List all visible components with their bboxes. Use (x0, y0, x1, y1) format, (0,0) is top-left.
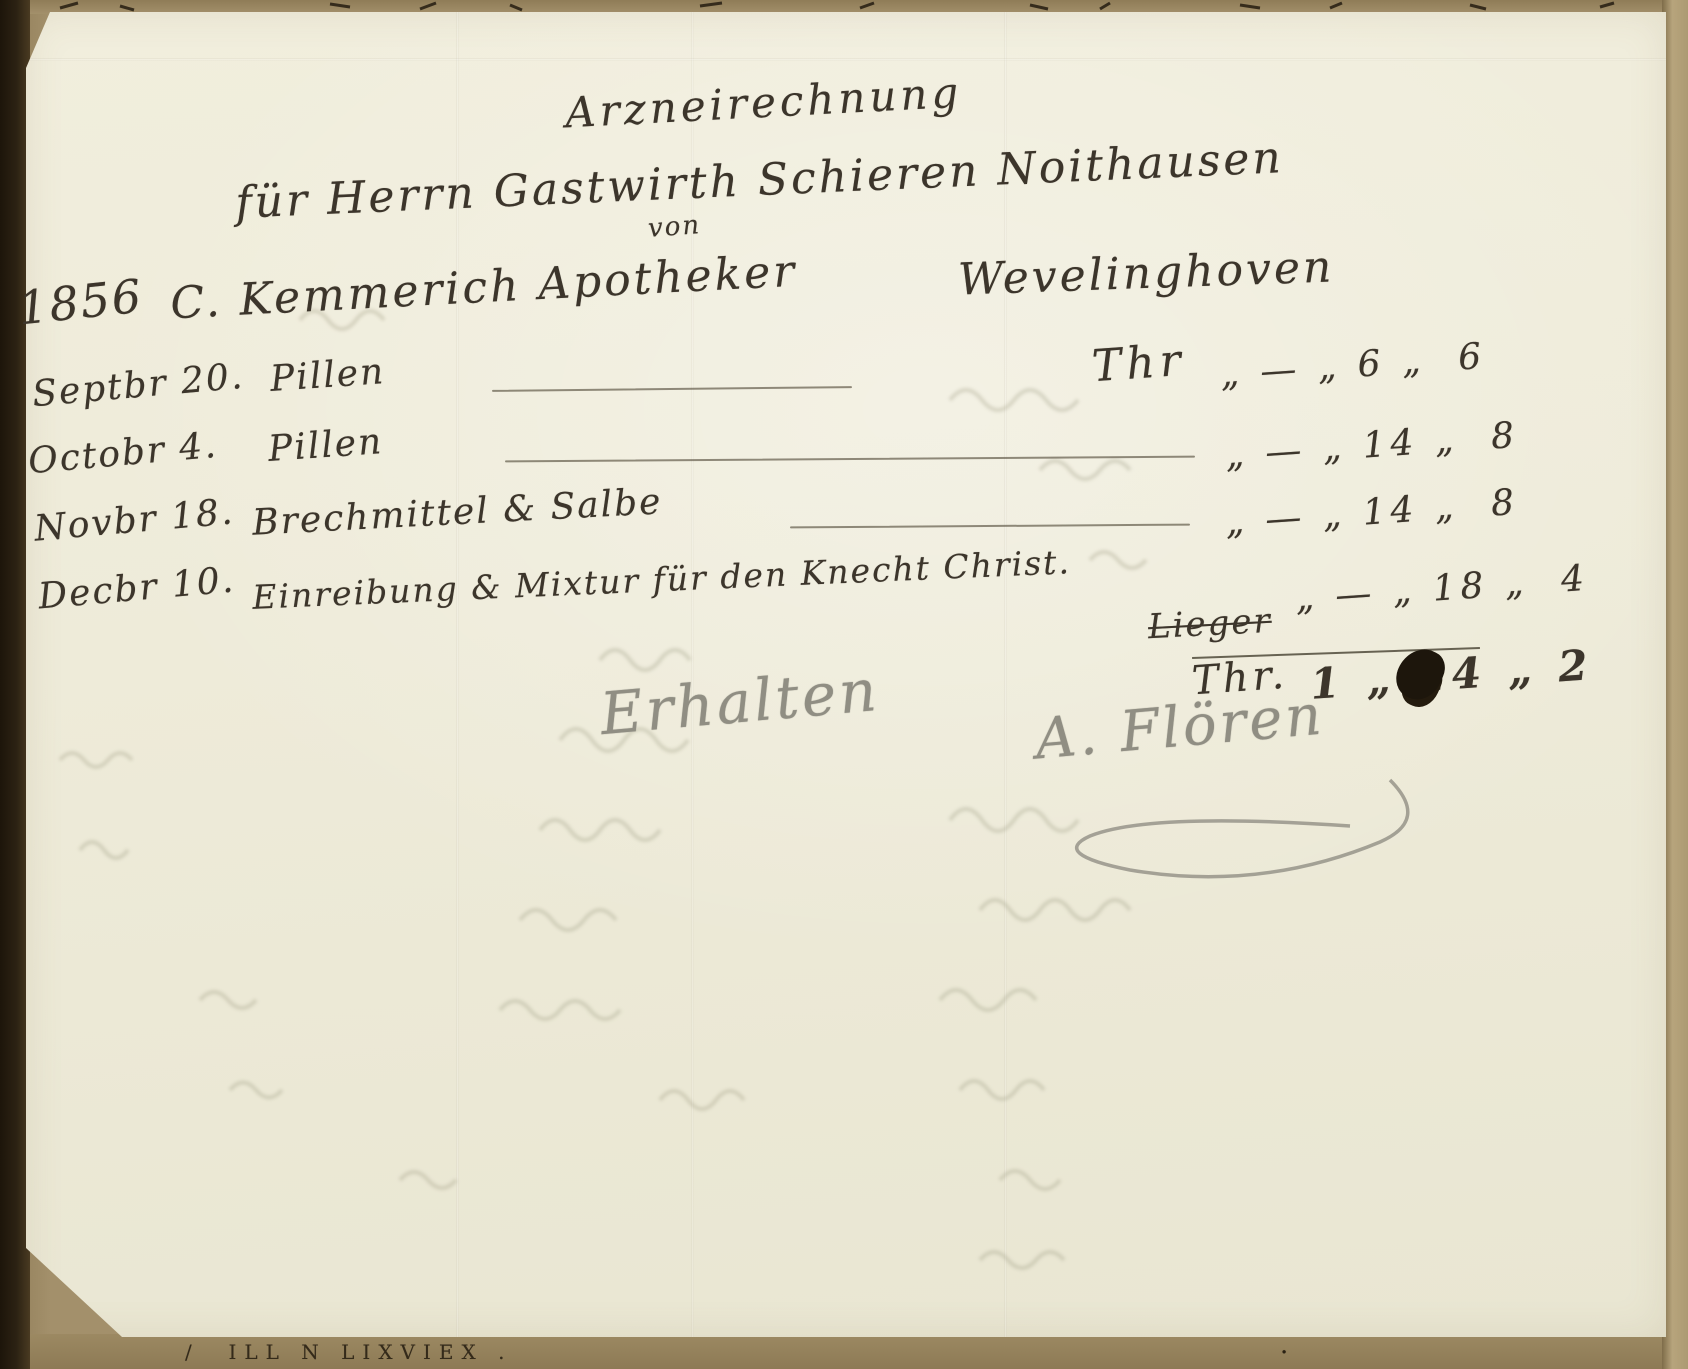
fold-crease (1004, 12, 1007, 1337)
item-description-continued: Lieger (1147, 601, 1273, 647)
fold-crease-horizontal (26, 58, 1666, 61)
item-description: Pillen (269, 351, 387, 400)
bottom-edge-writing-fragment: / ILL N LIXVIEX . (185, 1340, 512, 1364)
backdrop-top-edge (0, 0, 1688, 14)
currency-label: Thr (1090, 335, 1187, 392)
bottom-edge-dot-fragment: · (1280, 1338, 1290, 1368)
item-description: Pillen (267, 421, 385, 470)
von-label: von (647, 210, 702, 244)
binding-edge (0, 0, 30, 1369)
scanned-document-page: / ILL N LIXVIEX . · (0, 0, 1688, 1369)
